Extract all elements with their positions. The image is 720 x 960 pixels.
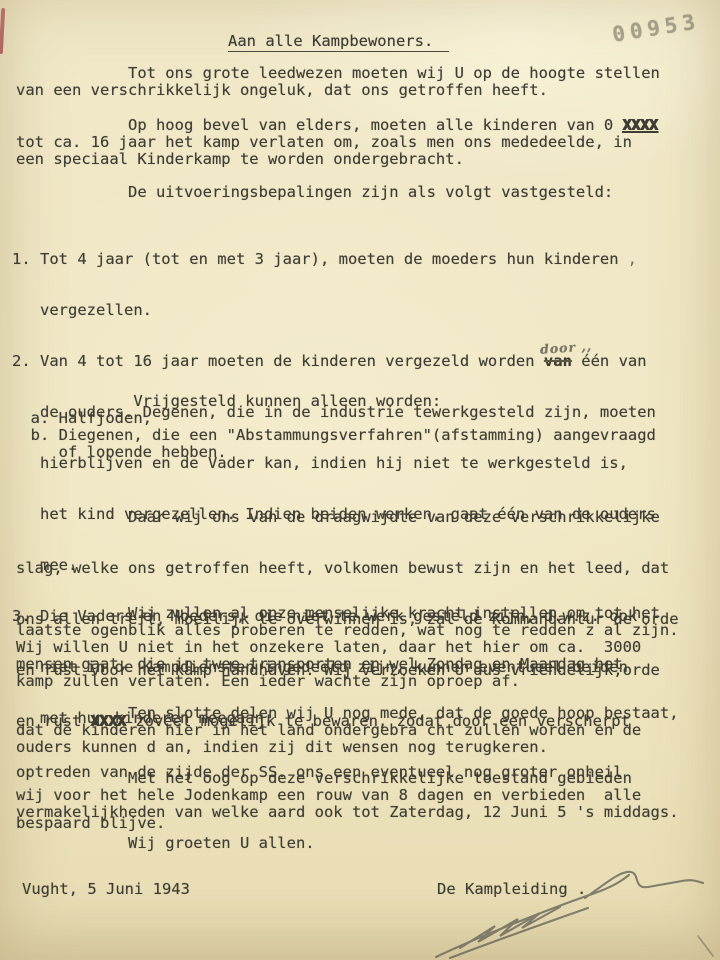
typed-line: vermakelijkheden van welke aard ook tot … [16, 804, 679, 821]
typed-line: b. Diegenen, die een "Abstammungsverfahr… [12, 427, 656, 444]
typed-line: laatste ogenblik alles proberen te redde… [16, 622, 679, 639]
closing-greeting: Wij groeten U allen. [16, 835, 315, 852]
typed-line: De uitvoeringsbepalingen zijn als volgt … [16, 184, 613, 201]
overtyped-blot: XXXX [623, 116, 658, 134]
typed-line: Wij groeten U allen. [16, 835, 315, 852]
pencil-annotation: door ,, [539, 337, 592, 358]
typed-line: wij voor het hele Jodenkamp een rouw van… [16, 787, 679, 804]
typed-line: Ten slotte delen wij U nog mede, dat de … [16, 705, 679, 722]
typed-line: 1. Tot 4 jaar (tot en met 3 jaar), moete… [12, 251, 656, 268]
scan-edge-artifact [0, 8, 5, 54]
typed-line: tot ca. 16 jaar het kamp verlaten om, zo… [16, 134, 658, 151]
typed-line-text: Op hoog bevel van elders, moeten alle ki… [16, 116, 623, 134]
pencil-annotation: , [628, 250, 637, 268]
typed-line: ouders kunnen d an, indien zij dit wense… [16, 739, 679, 756]
paragraph-intro: Tot ons grote leedwezen moeten wij U op … [16, 65, 660, 99]
paragraph-order: Op hoog bevel van elders, moeten alle ki… [16, 117, 658, 168]
typed-line: mensen gaat, die in twee transporten en … [16, 656, 679, 673]
typed-line: dat de kinderen hier in het land onderge… [16, 722, 679, 739]
signature-scrawl [420, 862, 720, 960]
paragraph-provisions-heading: De uitvoeringsbepalingen zijn als volgt … [16, 184, 613, 201]
typed-line: a. Halfjoden, [12, 410, 656, 427]
typed-line: Vrijgesteld kunnen alleen worden: [12, 393, 656, 410]
paragraph-transports: Wij zullen al onze menselijke kracht ins… [16, 605, 679, 690]
typed-line: Met het oog op deze verschrikkelijke toe… [16, 770, 679, 787]
exemptions-list: Vrijgesteld kunnen alleen worden: a. Hal… [12, 393, 656, 461]
typed-line: Daar wij ons van de draagwijdte van deze… [16, 509, 679, 526]
typed-line: Wij zullen al onze menselijke kracht ins… [16, 605, 679, 622]
typed-line: slag, welke ons getroffen heeft, volkome… [16, 560, 679, 577]
date-line: Vught, 5 Juni 1943 [22, 881, 190, 898]
paragraph-hope: Ten slotte delen wij U nog mede, dat de … [16, 705, 679, 756]
typed-line-text: 1. Tot 4 jaar (tot en met 3 jaar), moete… [12, 250, 619, 268]
document-title: Aan alle Kampbewoners. [228, 32, 449, 50]
struck-word: vandoor ,, [544, 352, 572, 370]
typed-line: van een verschrikkelijk ongeluk, dat ons… [16, 82, 660, 99]
paragraph-mourning: Met het oog op deze verschrikkelijke toe… [16, 770, 679, 821]
typed-line: Op hoog bevel van elders, moeten alle ki… [16, 117, 658, 134]
document-page: 00953 Aan alle Kampbewoners. Tot ons gro… [0, 0, 720, 960]
typed-line: vergezellen. [12, 302, 656, 319]
typed-line: of lopende hebben. [12, 444, 656, 461]
serial-number-stamp: 00953 [611, 9, 702, 47]
document-title-text: Aan alle Kampbewoners. [228, 32, 449, 52]
typed-line-text: 2. Van 4 tot 16 jaar moeten de kinderen … [12, 352, 544, 370]
typed-line: Wij willen U niet in het onzekere laten,… [16, 639, 679, 656]
typed-line: een speciaal Kinderkamp te worden onderg… [16, 151, 658, 168]
typed-line: 2. Van 4 tot 16 jaar moeten de kinderen … [12, 353, 656, 370]
typed-line: kamp zullen verlaten. Een ieder wachte z… [16, 673, 679, 690]
typed-line: Tot ons grote leedwezen moeten wij U op … [16, 65, 660, 82]
